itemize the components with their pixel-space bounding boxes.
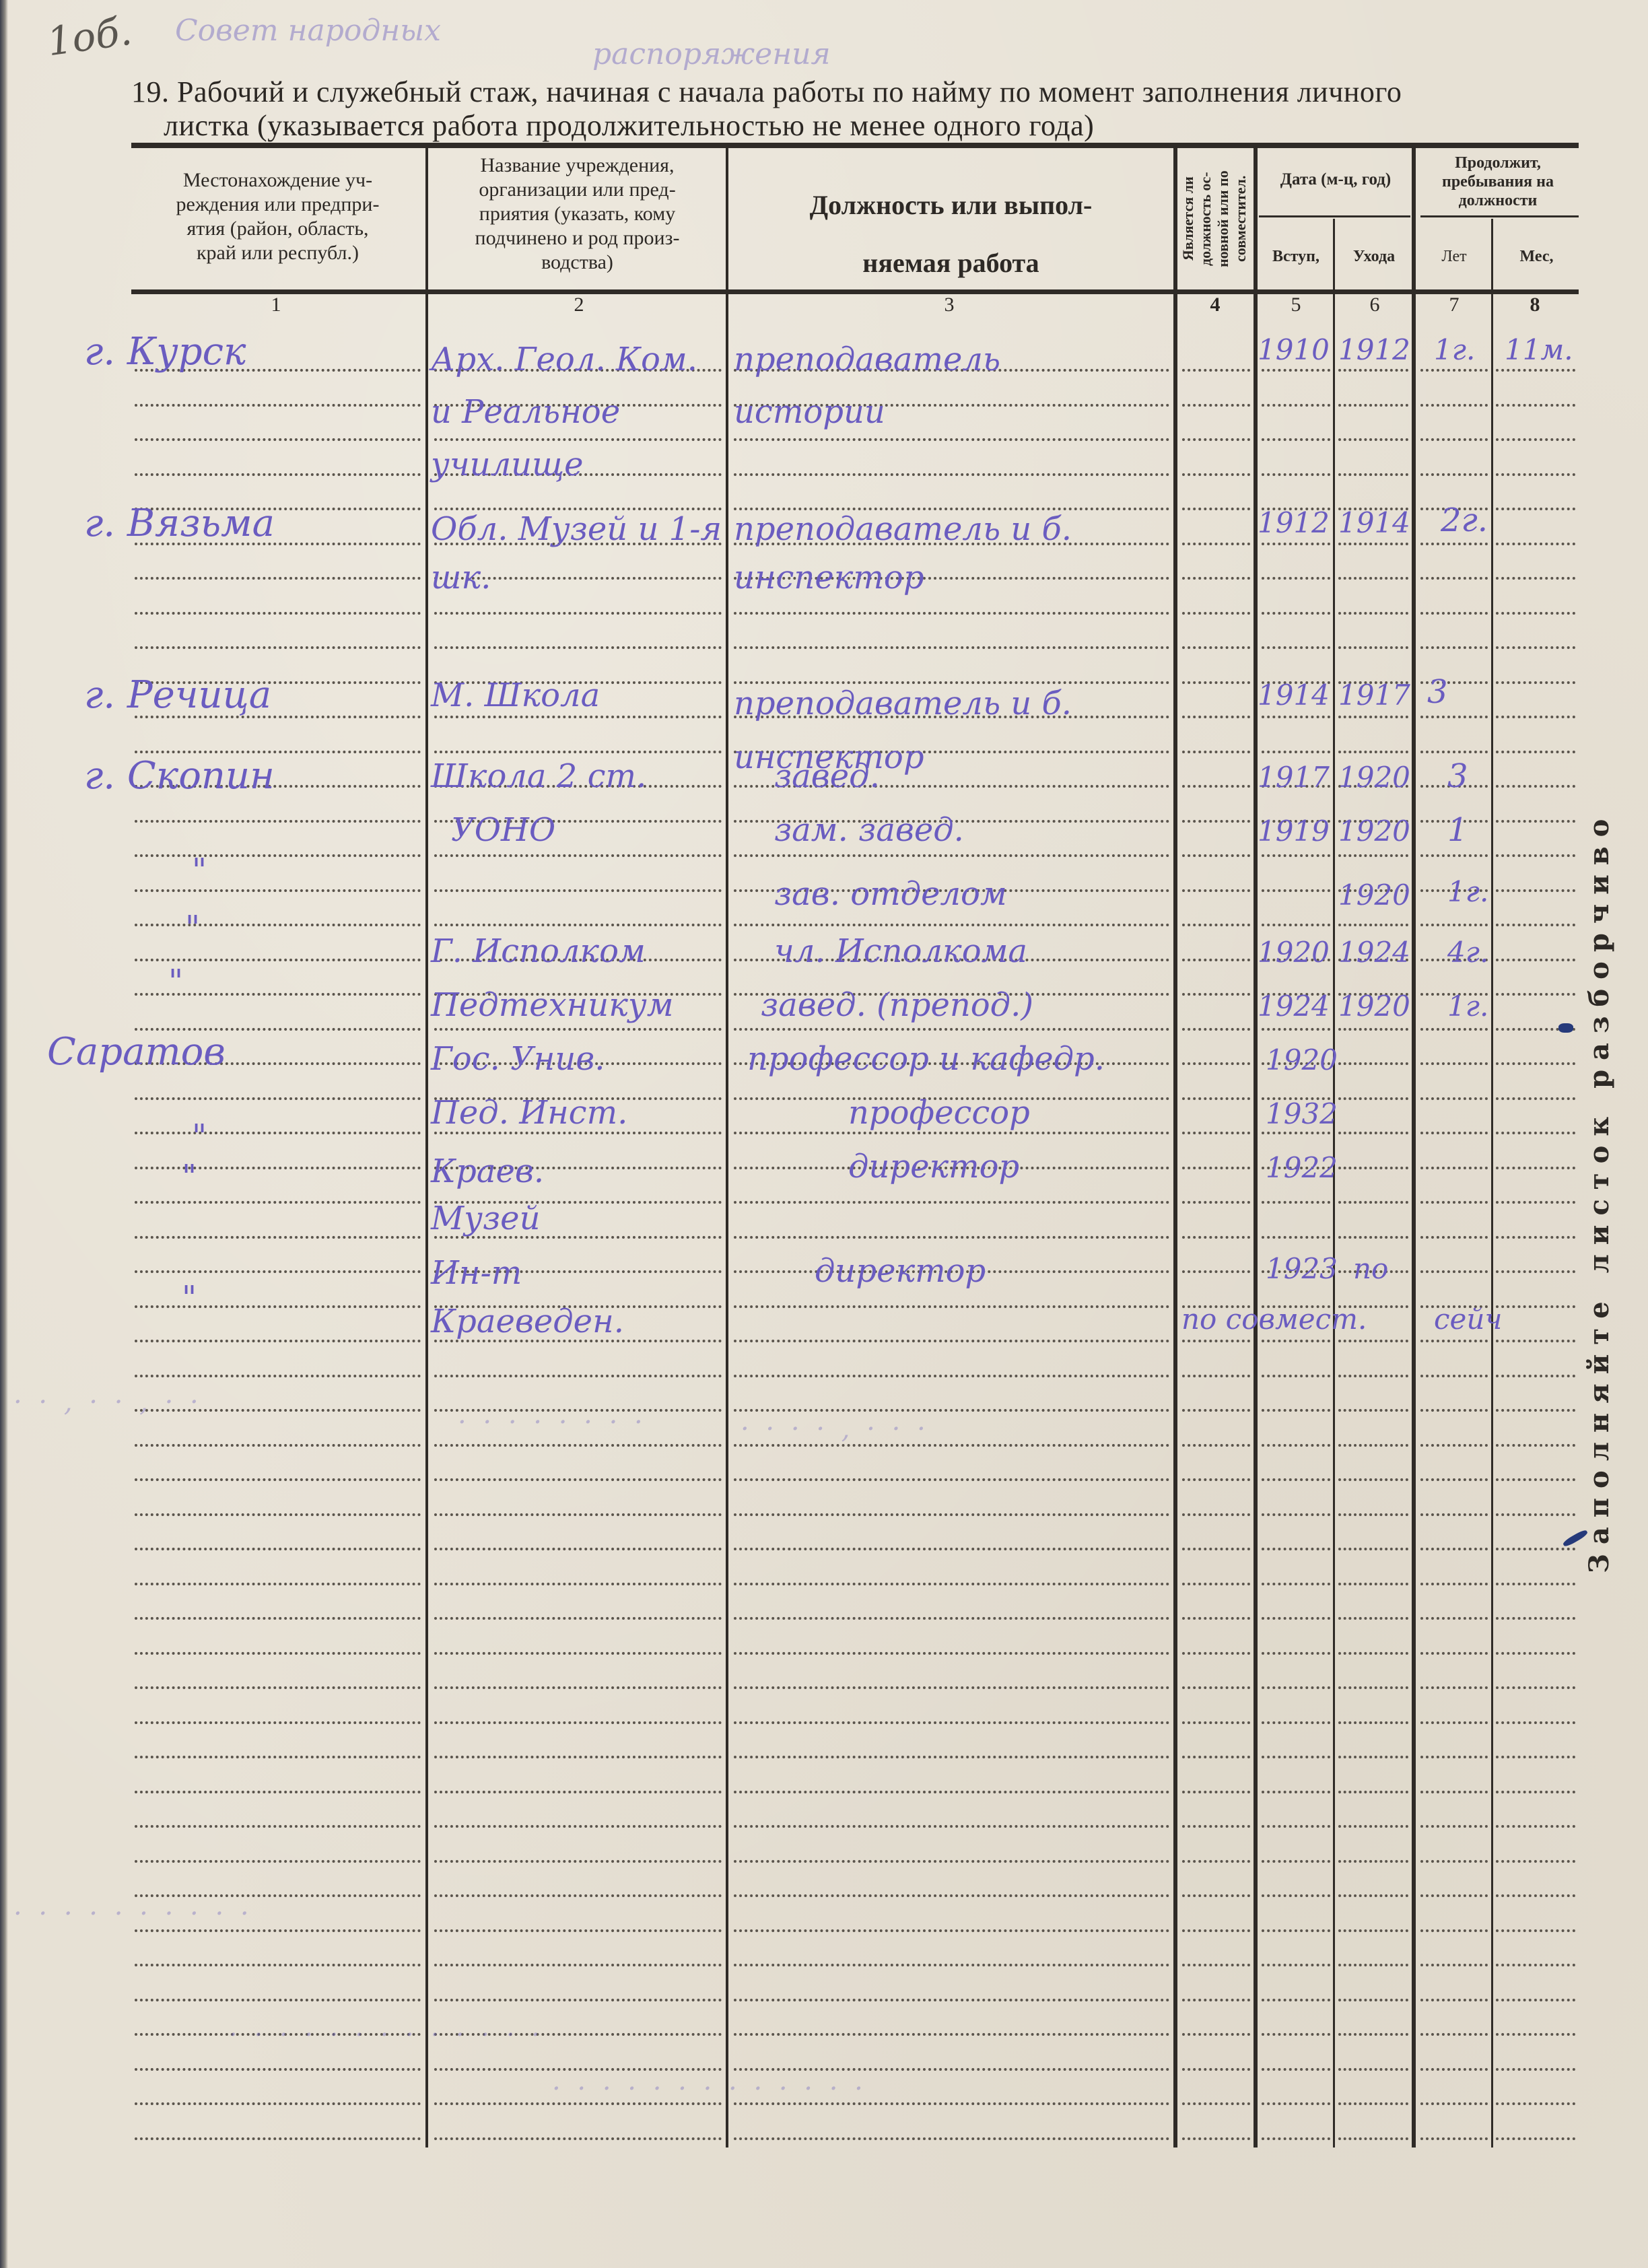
dotted-row-line — [1182, 1583, 1250, 1585]
ink-blot — [1558, 1023, 1573, 1033]
dotted-row-line — [1338, 751, 1408, 753]
header-col4: Является ли должность ос- новной или по … — [1179, 151, 1251, 286]
entry-end: 1920 — [1338, 990, 1410, 1023]
dotted-row-line — [734, 1929, 1169, 1932]
entry-start: 1924 — [1258, 990, 1330, 1023]
dotted-row-line — [1262, 1721, 1330, 1724]
dotted-row-line — [135, 1999, 421, 2001]
dotted-row-line — [1182, 993, 1250, 996]
dotted-row-line — [1420, 1375, 1488, 1377]
dotted-row-line — [1338, 369, 1408, 372]
date-group-rule — [1259, 215, 1410, 217]
dotted-row-line — [1338, 1721, 1408, 1724]
dotted-row-line — [1496, 681, 1575, 684]
dotted-row-line — [1496, 1929, 1575, 1932]
dotted-row-line — [1496, 1132, 1575, 1134]
dotted-row-line — [1420, 612, 1488, 615]
dotted-row-line — [734, 1999, 1169, 2001]
entry-org: Краев. Музей — [431, 1148, 633, 1242]
dotted-row-line — [734, 854, 1169, 857]
entry-place: Саратов — [47, 1030, 226, 1074]
dotted-row-line — [1182, 473, 1250, 476]
dotted-row-line — [1496, 1860, 1575, 1863]
entry-start: 1910 — [1258, 333, 1330, 366]
dotted-row-line — [1338, 716, 1408, 718]
dotted-row-line — [1496, 820, 1575, 823]
dotted-row-line — [1182, 1062, 1250, 1065]
dotted-row-line — [434, 1721, 722, 1724]
dotted-row-line — [1496, 2033, 1575, 2036]
dotted-row-line — [1182, 1513, 1250, 1516]
entry-start: 1914 — [1258, 679, 1330, 712]
dotted-row-line — [1496, 1513, 1575, 1516]
dotted-row-line — [1496, 1652, 1575, 1655]
dotted-row-line — [1262, 1513, 1330, 1516]
dotted-row-line — [1182, 889, 1250, 892]
dotted-row-line — [1182, 2137, 1250, 2140]
entry-org: М. Школа — [431, 677, 600, 714]
dotted-row-line — [1338, 438, 1408, 441]
dotted-row-line — [1182, 1375, 1250, 1377]
dotted-row-line — [1496, 1791, 1575, 1793]
dotted-row-line — [1420, 1132, 1488, 1134]
header-col8-months: Мес, — [1495, 248, 1579, 266]
dotted-row-line — [1420, 404, 1488, 407]
entry-position: зав. отделом — [774, 875, 1007, 913]
dotted-row-line — [135, 820, 421, 823]
dotted-row-line — [434, 1548, 722, 1550]
dotted-row-line — [1262, 2068, 1330, 2071]
dotted-row-line — [1262, 612, 1330, 615]
dotted-row-line — [1262, 1791, 1330, 1793]
dotted-row-line — [1338, 646, 1408, 649]
entry-position: профессор и кафедр. — [747, 1040, 1105, 1078]
dotted-row-line — [1338, 854, 1408, 857]
dotted-row-line — [434, 2068, 722, 2071]
dotted-row-line — [434, 1791, 722, 1793]
dotted-row-line — [1420, 369, 1488, 372]
dotted-row-line — [135, 1513, 421, 1516]
dotted-row-line — [1496, 1999, 1575, 2001]
dotted-row-line — [1338, 1201, 1408, 1204]
dotted-row-line — [135, 1167, 421, 1169]
dotted-row-line — [1262, 1548, 1330, 1550]
dotted-row-line — [1338, 1548, 1408, 1550]
dotted-row-line — [1262, 473, 1330, 476]
dotted-row-line — [135, 473, 421, 476]
dotted-row-line — [1338, 1894, 1408, 1897]
entry-start: 1932 — [1266, 1097, 1338, 1130]
dotted-row-line — [1496, 577, 1575, 580]
dotted-row-line — [1496, 889, 1575, 892]
header-line: новной или по — [1214, 151, 1232, 286]
dotted-row-line — [434, 1756, 722, 1758]
entry-position: зам. завед. — [774, 811, 964, 849]
dotted-row-line — [1496, 1167, 1575, 1169]
dotted-row-line — [1496, 1270, 1575, 1273]
dotted-row-line — [135, 1617, 421, 1620]
dotted-row-line — [1182, 1270, 1250, 1273]
dotted-row-line — [135, 438, 421, 441]
dotted-row-line — [135, 577, 421, 580]
header-col1: Местонахождение уч- реждения или предпри… — [135, 168, 421, 265]
entry-place: " — [192, 1118, 207, 1155]
entry-position: завед. (препод.) — [761, 986, 1033, 1024]
column-number: 4 — [1202, 294, 1229, 316]
entry-months: сейч — [1434, 1303, 1503, 1336]
dotted-row-line — [1182, 1201, 1250, 1204]
dotted-row-line — [1262, 1756, 1330, 1758]
dotted-row-line — [434, 1929, 722, 1932]
entry-place: г. Вязьма — [84, 502, 275, 545]
page-edge-shadow — [0, 0, 8, 2268]
dotted-row-line — [434, 1444, 722, 1447]
dotted-row-line — [1182, 1964, 1250, 1966]
dotted-row-line — [1182, 681, 1250, 684]
dotted-row-line — [135, 1305, 421, 1308]
entry-place: г. Речица — [84, 673, 271, 717]
dotted-row-line — [135, 1894, 421, 1897]
dotted-row-line — [135, 612, 421, 615]
dotted-row-line — [1182, 1236, 1250, 1239]
entry-years: 1г. — [1434, 333, 1475, 366]
entry-end: 1914 — [1338, 506, 1410, 539]
header-line: подчинено и род произ- — [431, 226, 724, 250]
dotted-row-line — [1420, 2033, 1488, 2036]
dotted-row-line — [1338, 1999, 1408, 2001]
dotted-row-line — [1420, 1894, 1488, 1897]
dotted-row-line — [734, 1617, 1169, 1620]
dotted-row-line — [1420, 438, 1488, 441]
dotted-row-line — [135, 1236, 421, 1239]
dotted-row-line — [1420, 854, 1488, 857]
dotted-row-line — [1262, 1686, 1330, 1689]
header-line: Местонахождение уч- — [135, 168, 421, 193]
dotted-row-line — [434, 1513, 722, 1516]
dotted-row-line — [1496, 369, 1575, 372]
dotted-row-line — [1262, 1583, 1330, 1585]
dotted-row-line — [734, 1860, 1169, 1863]
entry-place: г. Курск — [84, 330, 246, 374]
dotted-row-line — [1496, 1201, 1575, 1204]
entry-org: Пед. Инст. — [431, 1094, 627, 1132]
dotted-row-line — [1496, 1409, 1575, 1412]
header-line: приятия (указать, кому — [431, 202, 724, 226]
dotted-row-line — [434, 1132, 722, 1134]
dotted-row-line — [1420, 1999, 1488, 2001]
dotted-row-line — [1262, 369, 1330, 372]
entry-org: УОНО — [451, 811, 555, 849]
dotted-row-line — [734, 2033, 1169, 2036]
column-number: 5 — [1282, 294, 1309, 316]
duration-group-rule — [1420, 215, 1579, 217]
entry-years: 1 — [1447, 811, 1468, 849]
dotted-row-line — [1338, 1756, 1408, 1758]
dotted-row-line — [135, 1444, 421, 1447]
header-col3: Должность или выпол- няемая работа — [730, 176, 1171, 292]
dotted-row-line — [135, 1929, 421, 1932]
dotted-row-line — [1182, 577, 1250, 580]
entry-end: 1912 — [1338, 333, 1410, 366]
dotted-row-line — [1496, 1097, 1575, 1100]
dotted-row-line — [1182, 1756, 1250, 1758]
dotted-row-line — [135, 1132, 421, 1134]
dotted-row-line — [434, 854, 722, 857]
dotted-row-line — [434, 1964, 722, 1966]
dotted-row-line — [1182, 1548, 1250, 1550]
dotted-row-line — [1338, 1340, 1408, 1342]
dotted-row-line — [135, 1201, 421, 1204]
entry-years: 4г. — [1447, 936, 1488, 969]
dotted-row-line — [135, 1375, 421, 1377]
dotted-row-line — [1338, 1686, 1408, 1689]
dotted-row-line — [135, 1860, 421, 1863]
dotted-row-line — [1262, 924, 1330, 926]
dotted-row-line — [1182, 404, 1250, 407]
dotted-row-line — [434, 612, 722, 615]
dotted-row-line — [1496, 993, 1575, 996]
column-number: 1 — [256, 294, 296, 316]
column-number: 6 — [1361, 294, 1388, 316]
dotted-row-line — [1496, 1236, 1575, 1239]
dotted-row-line — [1338, 1132, 1408, 1134]
entry-position: директор — [815, 1252, 986, 1290]
dotted-row-line — [734, 1478, 1169, 1481]
dotted-row-line — [1182, 1340, 1250, 1342]
header-col6-end: Ухода — [1336, 248, 1412, 266]
section-number: 19. — [131, 75, 170, 108]
dotted-row-line — [734, 1340, 1169, 1342]
dotted-row-line — [1338, 1444, 1408, 1447]
dotted-row-line — [135, 1791, 421, 1793]
dotted-row-line — [1182, 1097, 1250, 1100]
entry-org: Г. Исполком — [431, 932, 646, 970]
dotted-row-line — [1182, 1167, 1250, 1169]
dotted-row-line — [1182, 1478, 1250, 1481]
dotted-row-line — [1496, 1340, 1575, 1342]
dotted-row-line — [1420, 1409, 1488, 1412]
dotted-row-line — [135, 404, 421, 407]
dotted-row-line — [1182, 1791, 1250, 1793]
dotted-row-line — [135, 1964, 421, 1966]
dotted-row-line — [135, 1583, 421, 1585]
dotted-row-line — [1420, 1791, 1488, 1793]
dotted-row-line — [1496, 1617, 1575, 1620]
dotted-row-line — [1420, 1756, 1488, 1758]
dotted-row-line — [734, 1548, 1169, 1550]
faint-bleedthrough-text: · · · · · · · · · · · · · — [229, 2020, 544, 2051]
dotted-row-line — [1182, 959, 1250, 961]
entry-end: 1920 — [1338, 761, 1410, 794]
dotted-row-line — [1338, 1929, 1408, 1932]
header-line: реждения или предпри- — [135, 193, 421, 217]
dotted-row-line — [734, 612, 1169, 615]
dotted-row-line — [135, 751, 421, 753]
dotted-row-line — [434, 1686, 722, 1689]
dotted-row-line — [1338, 924, 1408, 926]
faint-bleedthrough-text: · · · · · · · · · · · · · — [552, 2073, 867, 2104]
dotted-row-line — [734, 1686, 1169, 1689]
dotted-row-line — [1420, 716, 1488, 718]
dotted-row-line — [1420, 1167, 1488, 1169]
dotted-row-line — [1496, 2102, 1575, 2105]
dotted-row-line — [1420, 1548, 1488, 1550]
dotted-row-line — [135, 889, 421, 892]
dotted-row-line — [1496, 1964, 1575, 1966]
dotted-row-line — [1182, 1028, 1250, 1031]
dotted-row-line — [1262, 854, 1330, 857]
entry-org: Арх. Геол. Ком. и Реальное училище — [431, 333, 727, 491]
entry-start: 1920 — [1266, 1043, 1338, 1076]
faint-bleedthrough-text: распоряжения — [592, 37, 831, 71]
entry-end: 1917 — [1338, 679, 1410, 712]
dotted-row-line — [734, 2068, 1169, 2071]
column-number: 2 — [559, 294, 599, 316]
dotted-row-line — [135, 924, 421, 926]
dotted-row-line — [1420, 1825, 1488, 1828]
dotted-row-line — [1496, 1062, 1575, 1065]
header-line: край или республ.) — [135, 241, 421, 265]
header-line: водства) — [431, 250, 724, 275]
dotted-row-line — [1496, 1894, 1575, 1897]
dotted-row-line — [135, 1756, 421, 1758]
dotted-row-line — [1420, 1513, 1488, 1516]
dotted-row-line — [434, 1028, 722, 1031]
dotted-row-line — [734, 1964, 1169, 1966]
dotted-row-line — [1182, 1652, 1250, 1655]
dotted-row-line — [135, 2137, 421, 2140]
dotted-row-line — [1262, 2102, 1330, 2105]
col-divider-3-4 — [1173, 148, 1177, 2147]
dotted-row-line — [1262, 1444, 1330, 1447]
dotted-row-line — [434, 1999, 722, 2001]
entry-position: преподаватель истории — [734, 333, 1111, 438]
dotted-row-line — [734, 1375, 1169, 1377]
dotted-row-line — [1262, 438, 1330, 441]
header-line: Название учреждения, — [431, 153, 724, 178]
dotted-row-line — [1496, 959, 1575, 961]
dotted-row-line — [1496, 543, 1575, 545]
dotted-row-line — [1496, 1444, 1575, 1447]
entry-org: Школа 2 ст. — [431, 757, 646, 795]
dotted-row-line — [1496, 1583, 1575, 1585]
dotted-row-line — [1420, 1686, 1488, 1689]
dotted-row-line — [1420, 1721, 1488, 1724]
section-title-line1: Рабочий и служебный стаж, начиная с нача… — [177, 75, 1402, 108]
dotted-row-line — [1262, 1652, 1330, 1655]
dotted-row-line — [1338, 1478, 1408, 1481]
dotted-row-line — [1338, 1409, 1408, 1412]
dotted-row-line — [734, 1409, 1169, 1412]
dotted-row-line — [1496, 2068, 1575, 2071]
dotted-row-line — [135, 1825, 421, 1828]
dotted-row-line — [1496, 508, 1575, 510]
entry-place: " — [168, 963, 183, 1000]
dotted-row-line — [734, 1894, 1169, 1897]
dotted-row-line — [135, 646, 421, 649]
dotted-row-line — [1420, 2068, 1488, 2071]
dotted-row-line — [1262, 1409, 1330, 1412]
dotted-row-line — [1182, 751, 1250, 753]
dotted-row-line — [1182, 716, 1250, 718]
dotted-row-line — [1262, 1375, 1330, 1377]
dotted-row-line — [135, 1478, 421, 1481]
dotted-row-line — [1420, 1617, 1488, 1620]
dotted-row-line — [734, 1791, 1169, 1793]
dotted-row-line — [434, 751, 722, 753]
dotted-row-line — [1262, 1028, 1330, 1031]
dotted-row-line — [135, 1652, 421, 1655]
col-divider-1-2 — [425, 148, 428, 2147]
vertical-instruction: Заполняйте листок разборчиво — [1583, 687, 1624, 1696]
dotted-row-line — [1338, 1167, 1408, 1169]
dotted-row-line — [1182, 369, 1250, 372]
dotted-row-line — [1338, 2102, 1408, 2105]
dotted-row-line — [1496, 1721, 1575, 1724]
dotted-row-line — [734, 1583, 1169, 1585]
dotted-row-line — [135, 2068, 421, 2071]
dotted-row-line — [434, 1617, 722, 1620]
col-divider-6-7 — [1412, 148, 1416, 2147]
dotted-row-line — [434, 1652, 722, 1655]
dotted-row-line — [1182, 854, 1250, 857]
dotted-row-line — [1420, 1028, 1488, 1031]
dotted-row-line — [1496, 1305, 1575, 1308]
dotted-row-line — [734, 646, 1169, 649]
dotted-row-line — [135, 1548, 421, 1550]
dotted-row-line — [1496, 612, 1575, 615]
dotted-row-line — [734, 1721, 1169, 1724]
entry-org: Гос. Унив. — [431, 1040, 605, 1078]
entry-end: 1924 — [1338, 936, 1410, 969]
dotted-row-line — [1338, 2033, 1408, 2036]
header-col5-start: Вступ, — [1259, 248, 1333, 266]
dotted-row-line — [1420, 577, 1488, 580]
dotted-row-line — [434, 1583, 722, 1585]
dotted-row-line — [434, 2137, 722, 2140]
dotted-row-line — [1262, 1478, 1330, 1481]
col-divider-7-8 — [1491, 219, 1493, 2147]
dotted-row-line — [1338, 577, 1408, 580]
dotted-row-line — [1182, 1929, 1250, 1932]
dotted-row-line — [1338, 612, 1408, 615]
dotted-row-line — [1182, 1444, 1250, 1447]
dotted-row-line — [1420, 2102, 1488, 2105]
dotted-row-line — [734, 473, 1169, 476]
header-line: няемая работа — [730, 234, 1171, 292]
dotted-row-line — [1262, 1964, 1330, 1966]
dotted-row-line — [434, 1894, 722, 1897]
dotted-row-line — [1496, 716, 1575, 718]
dotted-row-line — [734, 1513, 1169, 1516]
dotted-row-line — [1262, 2137, 1330, 2140]
dotted-row-line — [1496, 1478, 1575, 1481]
dotted-row-line — [1338, 1791, 1408, 1793]
dotted-row-line — [1338, 1964, 1408, 1966]
dotted-row-line — [1420, 1929, 1488, 1932]
dotted-row-line — [1262, 1929, 1330, 1932]
dotted-row-line — [1420, 1340, 1488, 1342]
entry-position: чл. Исполкома — [774, 932, 1027, 970]
header-line: должность ос- — [1197, 151, 1214, 286]
dotted-row-line — [1182, 924, 1250, 926]
entry-start: 1919 — [1258, 815, 1330, 848]
dotted-row-line — [1262, 1617, 1330, 1620]
faint-bleedthrough-text: · · · · · · · · — [458, 1407, 647, 1438]
dotted-row-line — [1182, 612, 1250, 615]
dotted-row-line — [1262, 1999, 1330, 2001]
dotted-row-line — [1420, 473, 1488, 476]
